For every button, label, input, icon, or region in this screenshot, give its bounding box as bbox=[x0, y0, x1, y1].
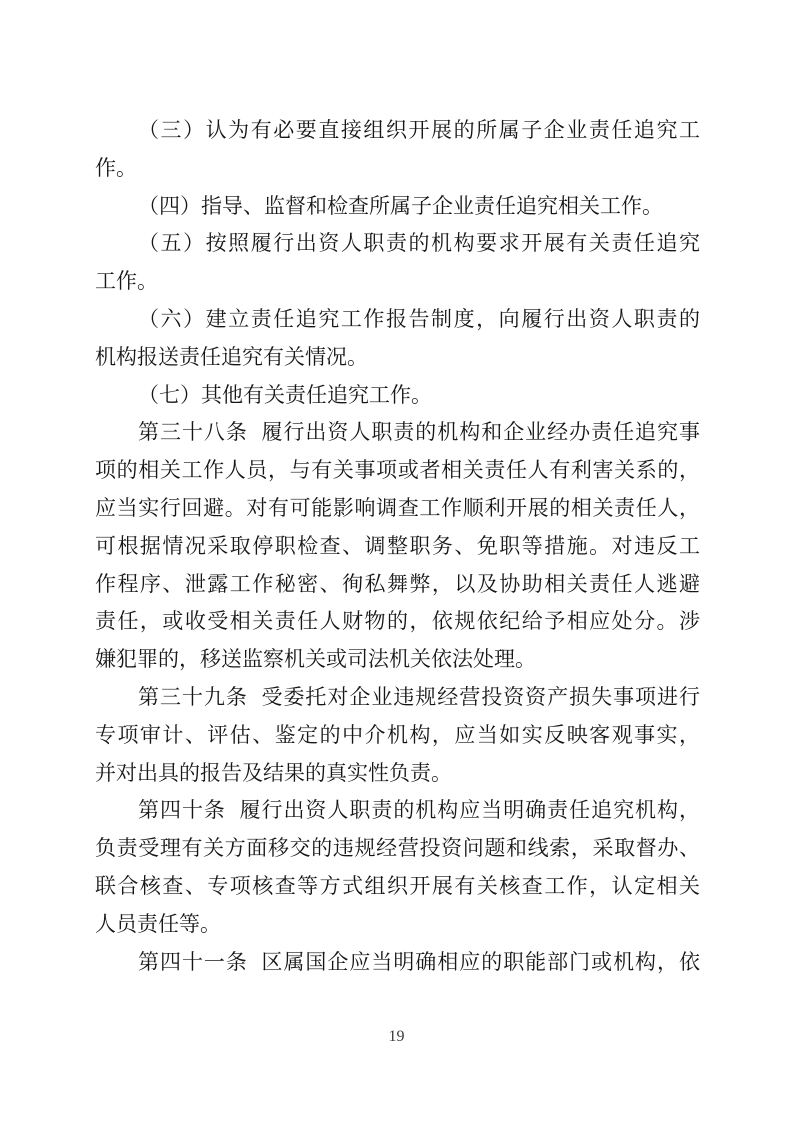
page-number: 19 bbox=[0, 1028, 793, 1046]
text-line: 联合核查、专项核查等方式组织开展有关核查工作，认定相关 bbox=[95, 868, 700, 906]
text-line: （六）建立责任追究工作报告制度，向履行出资人职责的 bbox=[95, 301, 700, 339]
text-line: 第三十八条 履行出资人职责的机构和企业经办责任追究事 bbox=[95, 414, 700, 452]
text-line: 第四十一条 区属国企应当明确相应的职能部门或机构，依 bbox=[95, 944, 700, 982]
text-line: 并对出具的报告及结果的真实性负责。 bbox=[95, 755, 700, 793]
text-line: 工作。 bbox=[95, 263, 700, 301]
text-line: 可根据情况采取停职检查、调整职务、免职等措施。对违反工 bbox=[95, 528, 700, 566]
text-line: 负责受理有关方面移交的违规经营投资问题和线索，采取督办、 bbox=[95, 830, 700, 868]
text-line: （五）按照履行出资人职责的机构要求开展有关责任追究 bbox=[95, 225, 700, 263]
text-line: 责任，或收受相关责任人财物的，依规依纪给予相应处分。涉 bbox=[95, 603, 700, 641]
text-line: 专项审计、评估、鉴定的中介机构，应当如实反映客观事实， bbox=[95, 717, 700, 755]
document-page: { "document": { "background_color": "#ff… bbox=[0, 0, 793, 1122]
text-line: 作。 bbox=[95, 150, 700, 188]
text-line: 作程序、泄露工作秘密、徇私舞弊，以及协助相关责任人逃避 bbox=[95, 566, 700, 604]
document-body: （三）认为有必要直接组织开展的所属子企业责任追究工作。（四）指导、监督和检查所属… bbox=[95, 112, 700, 981]
text-line: 人员责任等。 bbox=[95, 906, 700, 944]
text-line: 项的相关工作人员，与有关事项或者相关责任人有利害关系的， bbox=[95, 452, 700, 490]
text-line: 机构报送责任追究有关情况。 bbox=[95, 339, 700, 377]
text-line: 第三十九条 受委托对企业违规经营投资资产损失事项进行 bbox=[95, 679, 700, 717]
text-line: 应当实行回避。对有可能影响调查工作顺利开展的相关责任人， bbox=[95, 490, 700, 528]
text-line: （三）认为有必要直接组织开展的所属子企业责任追究工 bbox=[95, 112, 700, 150]
text-line: 第四十条 履行出资人职责的机构应当明确责任追究机构， bbox=[95, 792, 700, 830]
text-line: （四）指导、监督和检查所属子企业责任追究相关工作。 bbox=[95, 188, 700, 226]
page-background: （三）认为有必要直接组织开展的所属子企业责任追究工作。（四）指导、监督和检查所属… bbox=[0, 0, 793, 1122]
text-line: （七）其他有关责任追究工作。 bbox=[95, 377, 700, 415]
text-line: 嫌犯罪的，移送监察机关或司法机关依法处理。 bbox=[95, 641, 700, 679]
